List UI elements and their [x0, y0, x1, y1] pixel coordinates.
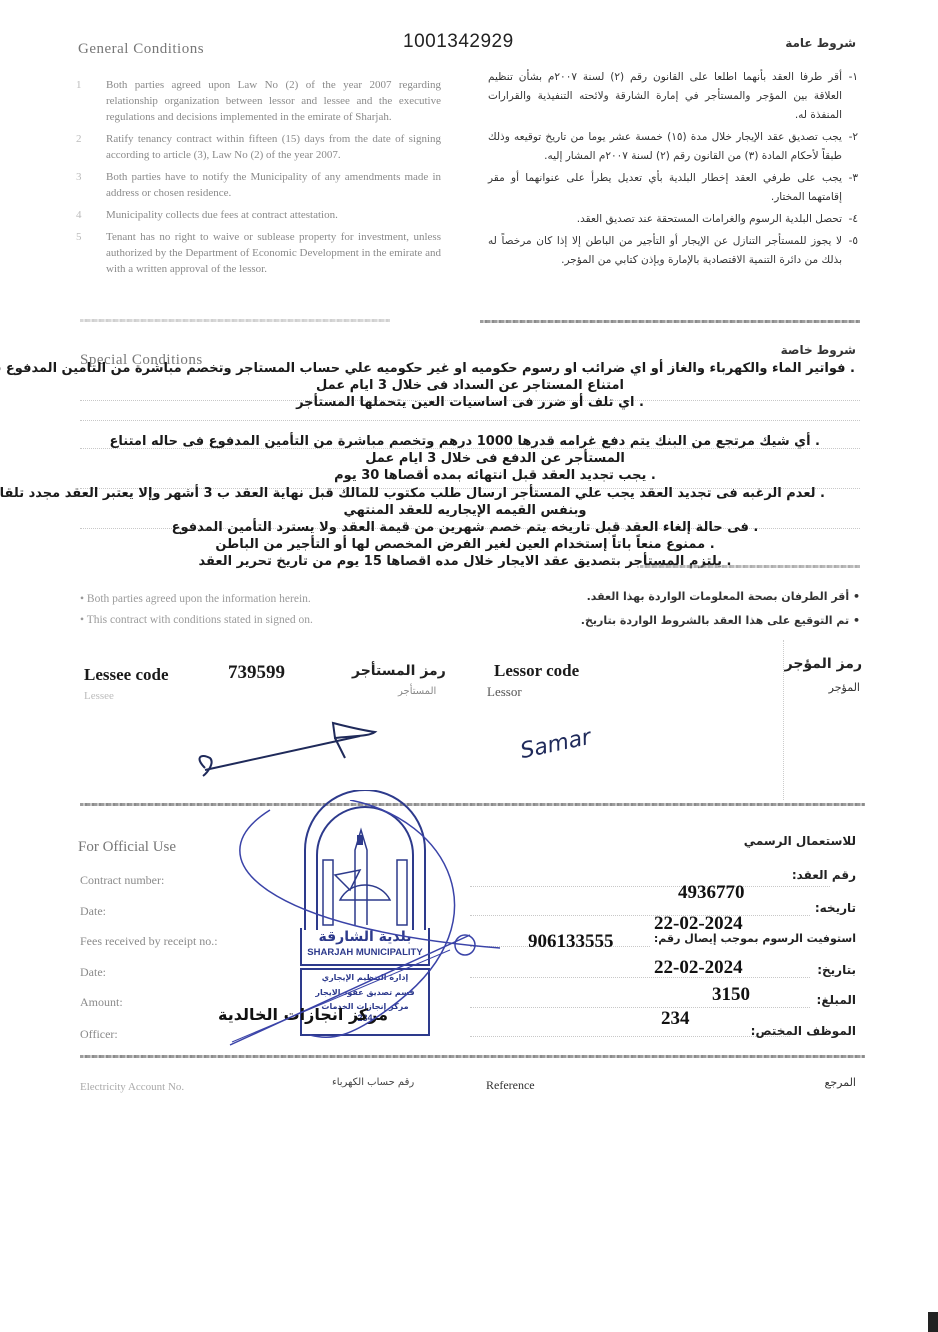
reference-label-ar: المرجع — [825, 1076, 857, 1089]
lessor-label: Lessor — [487, 684, 522, 700]
divider-footer — [80, 1055, 865, 1058]
official-receipt-date-value: 22-02-2024 — [654, 957, 743, 979]
lessee-code-label: Lessee code — [84, 665, 169, 685]
lessee-label: Lessee — [84, 690, 114, 702]
official-date-label-ar: تاريخه: — [815, 901, 856, 915]
general-conditions-title-en: General Conditions — [78, 41, 204, 58]
divider-top-right — [480, 320, 860, 323]
general-conditions-ar: ١-أقر طرفا العقد بأنهما اطلعا على القانو… — [488, 68, 858, 273]
field-line — [470, 1007, 810, 1008]
special-line-1: . فواتير الماء والكهرباء والغاز أو اي ضر… — [85, 360, 855, 377]
special-conditions-title-ar: شروط خاصة — [781, 343, 856, 357]
general-conditions-title-ar: شروط عامة — [785, 36, 856, 50]
agreement-en-1: • Both parties agreed upon the informati… — [80, 593, 311, 605]
official-amount-value: 3150 — [712, 984, 750, 1006]
condition-ar-4: ٤-تحصل البلدية الرسوم والغرامات المستحقة… — [488, 210, 858, 229]
official-officer-value: 234 — [661, 1008, 690, 1030]
lessor-code-label-ar: رمز المؤجر — [785, 656, 862, 672]
official-signature — [150, 800, 510, 1060]
field-line — [470, 977, 810, 978]
special-line-6: . يجب تجديد العقد قبل انتهائه بمده أقصاه… — [170, 467, 820, 484]
official-receipt-date-label: Date: — [80, 965, 106, 980]
official-contract-number-value: 4936770 — [678, 882, 745, 904]
divider-top — [80, 319, 390, 322]
special-line-7: . لعدم الرغبه فى تجديد العقد يجب علي الم… — [105, 485, 825, 502]
special-line-4: . أي شيك مرتجع من البنك يتم دفع غرامه قد… — [170, 433, 820, 450]
official-use-title-ar: للاستعمال الرسمي — [744, 834, 856, 848]
lessee-code-label-ar: رمز المستأجر — [352, 663, 446, 679]
guide-line — [80, 420, 860, 421]
official-officer-label-ar: الموظف المختص: — [751, 1024, 856, 1038]
field-line — [470, 915, 810, 916]
official-amount-label-ar: المبلغ: — [817, 993, 856, 1007]
lessor-code-label: Lessor code — [494, 661, 579, 681]
general-conditions-en: 1Both parties agreed upon Law No (2) of … — [76, 77, 441, 283]
divider-special — [640, 565, 860, 568]
agreement-ar-1: • أقر الطرفان بصحة المعلومات الواردة بهذ… — [587, 590, 860, 603]
official-amount-label: Amount: — [80, 995, 123, 1010]
special-line-5: المستأجر عن الدفع فى خلال 3 ايام عمل — [170, 450, 820, 467]
special-line-8: وبنفس القيمه الإيجاريه للعقد المنتهي — [105, 502, 825, 519]
lessor-label-ar: المؤجر — [829, 681, 860, 694]
special-line-2: امتناع المستاجر عن السداد فى خلال 3 ايام… — [85, 377, 855, 394]
agreement-ar-2: • تم التوقيع على هذا العقد بالشروط الوار… — [581, 614, 860, 627]
contract-page: General Conditions 1001342929 شروط عامة … — [0, 0, 938, 1332]
lessee-label-ar: المستأجر — [398, 686, 436, 697]
lessee-code-value: 739599 — [228, 662, 285, 684]
official-contract-number-label-ar: رقم العقد: — [792, 868, 856, 882]
condition-ar-3: ٣-يجب على طرفي العقد إخطار البلدية بأي ت… — [488, 169, 858, 207]
official-date-value: 22-02-2024 — [654, 913, 743, 935]
special-line-10: . ممنوع منعاً باتاً إستخدام العين لغير ا… — [105, 536, 825, 553]
condition-en-1: 1Both parties agreed upon Law No (2) of … — [76, 77, 441, 125]
special-conditions-block-1: . فواتير الماء والكهرباء والغاز أو اي ضر… — [85, 360, 855, 411]
condition-en-4: 4Municipality collects due fees at contr… — [76, 207, 441, 223]
electricity-account-label-ar: رقم حساب الكهرباء — [332, 1077, 414, 1088]
condition-ar-2: ٢-يجب تصديق عقد الإيجار خلال مدة (١٥) خم… — [488, 128, 858, 166]
column-separator — [783, 640, 784, 800]
special-line-9: . فى حالة إلغاء العقد قبل تاريخه يتم خصم… — [105, 519, 825, 536]
special-conditions-block-3: . لعدم الرغبه فى تجديد العقد يجب علي الم… — [105, 485, 825, 570]
official-receipt-value: 906133555 — [528, 931, 614, 953]
agreement-en-2: • This contract with conditions stated i… — [80, 614, 313, 626]
condition-en-5: 5Tenant has no right to waive or subleas… — [76, 229, 441, 277]
condition-en-2: 2Ratify tenancy contract within fifteen … — [76, 131, 441, 163]
lessee-signature — [185, 718, 425, 788]
official-date-label: Date: — [80, 904, 106, 919]
condition-ar-1: ١-أقر طرفا العقد بأنهما اطلعا على القانو… — [488, 68, 858, 125]
reference-label: Reference — [486, 1078, 535, 1093]
lessor-signature: Samar — [518, 725, 593, 764]
condition-ar-5: ٥-لا يجوز للمستأجر التنازل عن الإيجار أو… — [488, 232, 858, 270]
special-line-3: . اي تلف أو ضرر فى اساسيات العين يتحملها… — [85, 394, 855, 411]
electricity-account-label: Electricity Account No. — [80, 1081, 184, 1093]
official-receipt-date-label-ar: بتاريخ: — [817, 963, 856, 977]
field-line — [470, 886, 830, 887]
field-line — [470, 1036, 790, 1037]
condition-en-3: 3Both parties have to notify the Municip… — [76, 169, 441, 201]
special-conditions-block-2: . أي شيك مرتجع من البنك يتم دفع غرامه قد… — [170, 433, 820, 484]
serial-number: 1001342929 — [403, 31, 514, 53]
official-officer-label: Officer: — [80, 1027, 118, 1042]
page-corner-mark — [928, 1312, 938, 1332]
